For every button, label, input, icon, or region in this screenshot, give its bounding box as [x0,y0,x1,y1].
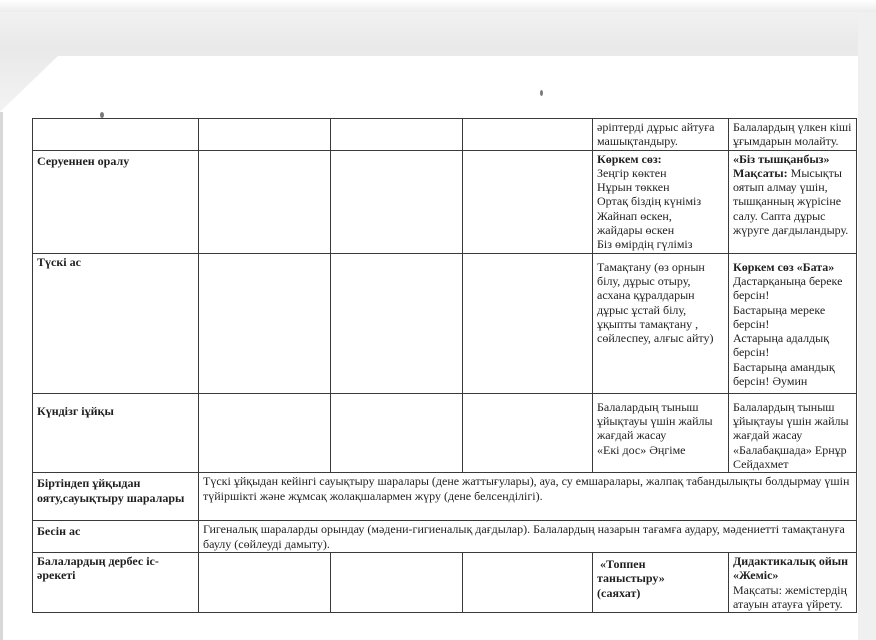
row-label [33,119,199,151]
row-label-return-from-walk: Серуеннен оралу [33,150,199,253]
table-row: Түскі ас Тамақтану (өз орнын білу, дұрыс… [33,253,857,393]
thursday-cell: әріптерді дұрыс айтуға машықтандыру. [593,119,729,151]
thursday-cell: Көркем сөз: Зеңгір көктен Нұрын төккен О… [593,150,729,253]
activity-plan-table: әріптерді дұрыс айтуға машықтандыру. Бал… [32,118,857,613]
table-row: Серуеннен оралу Көркем сөз: Зеңгір көкте… [33,150,857,253]
friday-cell: Көркем сөз «Бата» Дастарқаныңа береке бе… [729,253,857,393]
thursday-cell: Балалардың тыныш ұйықтауы үшін жайлы жағ… [593,393,729,472]
scan-speck [540,90,543,96]
empty-cell [199,150,331,253]
empty-cell [331,393,463,472]
table-row: әріптерді дұрыс айтуға машықтандыру. Бал… [33,119,857,151]
row-label-lunch: Түскі ас [33,253,199,393]
empty-cell [331,553,463,613]
merged-activity-cell: Гигеналық шараларды орындау (мәдени-гиги… [199,521,857,553]
scan-left-margin [0,112,3,640]
table-row: Бесін ас Гигеналық шараларды орындау (мә… [33,521,857,553]
empty-cell [199,553,331,613]
friday-cell: Дидактикалық ойын «Жеміс» Мақсаты: жеміс… [729,553,857,613]
table-row: Күндізг іұйқы Балалардың тыныш ұйықтауы … [33,393,857,472]
thursday-cell: Тамақтану (өз орнын білу, дұрыс отыру, а… [593,253,729,393]
empty-cell [463,119,593,151]
row-label-independent-activity: Балалардың дербес іс-әрекеті [33,553,199,613]
empty-cell [463,253,593,393]
friday-cell: Балалардың үлкен кіші ұғымдарын молайту. [729,119,857,151]
empty-cell [331,253,463,393]
merged-activity-cell: Түскі ұйқыдан кейінгі сауықтыру шаралары… [199,473,857,521]
scan-right-margin [858,12,876,640]
row-label-gradual-waking: Біртіндеп ұйқыдан ояту,сауықтыру шаралар… [33,473,199,521]
friday-cell: «Біз тышқанбыз» Мақсаты: Мысықты оятып а… [729,150,857,253]
empty-cell [331,119,463,151]
table-row: Балалардың дербес іс-әрекеті «Топпен тан… [33,553,857,613]
friday-cell: Балалардың тыныш ұйықтауы үшін жайлы жағ… [729,393,857,472]
empty-cell [463,393,593,472]
empty-cell [199,393,331,472]
scan-top-edge [0,0,876,12]
empty-cell [199,253,331,393]
empty-cell [331,150,463,253]
empty-cell [463,553,593,613]
thursday-cell: «Топпен таныстыру» (саяхат) [593,553,729,613]
table-row: Біртіндеп ұйқыдан ояту,сауықтыру шаралар… [33,473,857,521]
empty-cell [463,150,593,253]
row-label-afternoon-snack: Бесін ас [33,521,199,553]
empty-cell [199,119,331,151]
row-label-daytime-sleep: Күндізг іұйқы [33,393,199,472]
